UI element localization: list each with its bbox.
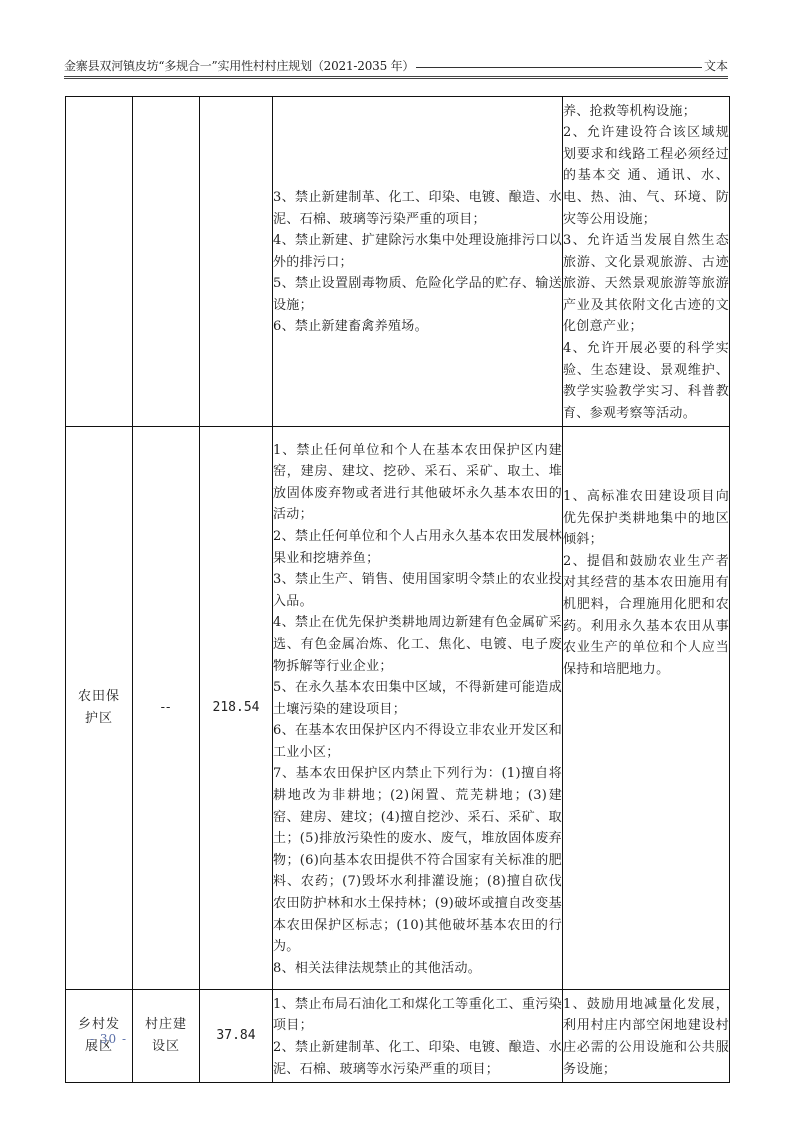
sub-zone-name: 村庄建设区 bbox=[145, 1014, 187, 1058]
permitted-item: 2、允许建设符合该区域规划要求和线路工程必须经过的基本交 通、通讯、水、电、热、… bbox=[563, 122, 729, 230]
prohibited-item: 7、基本农田保护区内禁止下列行为：(1)擅自将耕地改为非耕地；(2)闲置、荒芜耕… bbox=[273, 763, 562, 957]
page-number: - 30 - bbox=[90, 1032, 127, 1046]
permitted-item: 3、允许适当发展自然生态旅游、文化景观旅游、古迹旅游、天然景观旅游等旅游产业及其… bbox=[563, 230, 729, 338]
prohibited-item: 5、在永久基本农田集中区域，不得新建可能造成土壤污染的建设项目； bbox=[273, 677, 562, 720]
page-header: 金寨县双河镇皮坊“多规合一”实用性村村庄规划（2021-2035 年） 文本 bbox=[64, 54, 728, 79]
prohibited-item: 8、相关法律法规禁止的其他活动。 bbox=[273, 958, 562, 980]
table-row: 3、禁止新建制革、化工、印染、电镀、酿造、水泥、石棉、玻璃等污染严重的项目； 4… bbox=[66, 97, 730, 427]
sub-zone-cell: 村庄建设区 bbox=[133, 990, 200, 1083]
permitted-cell: 1、鼓励用地减量化发展，利用村庄内部空闲地建设村庄必需的公用设施和公共服务设施； bbox=[563, 990, 730, 1083]
prohibited-item: 2、禁止新建制革、化工、印染、电镀、酿造、水泥、石棉、玻璃等水污染严重的项目； bbox=[273, 1037, 562, 1080]
prohibited-item: 4、禁止新建、扩建除污水集中处理设施排污口以外的排污口； bbox=[273, 230, 562, 273]
zone-cell: 农田保护区 bbox=[66, 427, 133, 990]
sub-zone-name: -- bbox=[145, 697, 187, 719]
permitted-cell: 养、抢救等机构设施； 2、允许建设符合该区域规划要求和线路工程必须经过的基本交 … bbox=[563, 97, 730, 427]
permitted-item: 4、允许开展必要的科学实验、生态建设、景观维护、教学实验教学实习、科普教育、参观… bbox=[563, 338, 729, 424]
area-cell: 37.84 bbox=[200, 990, 273, 1083]
prohibited-item: 4、禁止在优先保护类耕地周边新建有色金属矿采选、有色金属冶炼、化工、焦化、电镀、… bbox=[273, 612, 562, 677]
permitted-cell: 1、高标准农田建设项目向优先保护类耕地集中的地区倾斜； 2、提倡和鼓励农业生产者… bbox=[563, 427, 730, 990]
table-row: 农田保护区 -- 218.54 1、禁止任何单位和个人在基本农田保护区内建窑，建… bbox=[66, 427, 730, 990]
prohibited-item: 5、禁止设置剧毒物质、危险化学品的贮存、输送设施； bbox=[273, 273, 562, 316]
prohibited-item: 1、禁止任何单位和个人在基本农田保护区内建窑，建房、建坟、挖砂、采石、采矿、取土… bbox=[273, 440, 562, 526]
prohibited-cell: 1、禁止任何单位和个人在基本农田保护区内建窑，建房、建坟、挖砂、采石、采矿、取土… bbox=[273, 427, 563, 990]
permitted-item: 1、鼓励用地减量化发展，利用村庄内部空闲地建设村庄必需的公用设施和公共服务设施； bbox=[563, 994, 729, 1080]
area-cell: 218.54 bbox=[200, 427, 273, 990]
document-title: 金寨县双河镇皮坊“多规合一”实用性村村庄规划（2021-2035 年） bbox=[64, 56, 414, 76]
prohibited-item: 6、禁止新建畜禽养殖场。 bbox=[273, 316, 562, 338]
prohibited-item: 1、禁止布局石油化工和煤化工等重化工、重污染项目； bbox=[273, 994, 562, 1037]
permitted-item: 1、高标准农田建设项目向优先保护类耕地集中的地区倾斜； bbox=[563, 486, 729, 551]
prohibited-cell: 1、禁止布局石油化工和煤化工等重化工、重污染项目； 2、禁止新建制革、化工、印染… bbox=[273, 990, 563, 1083]
prohibited-item: 3、禁止生产、销售、使用国家明令禁止的农业投入品。 bbox=[273, 569, 562, 612]
table-row: 乡村发展区 村庄建设区 37.84 1、禁止布局石油化工和煤化工等重化工、重污染… bbox=[66, 990, 730, 1083]
prohibited-cell: 3、禁止新建制革、化工、印染、电镀、酿造、水泥、石棉、玻璃等污染严重的项目； 4… bbox=[273, 97, 563, 427]
zone-cell bbox=[66, 97, 133, 427]
area-cell bbox=[200, 97, 273, 427]
zone-name: 农田保护区 bbox=[78, 686, 120, 730]
document-type-label: 文本 bbox=[704, 56, 728, 76]
prohibited-item: 3、禁止新建制革、化工、印染、电镀、酿造、水泥、石棉、玻璃等污染严重的项目； bbox=[273, 187, 562, 230]
prohibited-item: 2、禁止任何单位和个人占用永久基本农田发展林果业和挖塘养鱼； bbox=[273, 526, 562, 569]
sub-zone-cell bbox=[133, 97, 200, 427]
sub-zone-cell: -- bbox=[133, 427, 200, 990]
permitted-item: 2、提倡和鼓励农业生产者对其经营的基本农田施用有机肥料，合理施用化肥和农药。利用… bbox=[563, 551, 729, 681]
prohibited-item: 6、在基本农田保护区内不得设立非农业开发区和工业小区； bbox=[273, 720, 562, 763]
zoning-control-table: 3、禁止新建制革、化工、印染、电镀、酿造、水泥、石棉、玻璃等污染严重的项目； 4… bbox=[65, 96, 730, 1083]
permitted-item: 养、抢救等机构设施； bbox=[563, 101, 729, 123]
header-rule bbox=[416, 67, 702, 68]
